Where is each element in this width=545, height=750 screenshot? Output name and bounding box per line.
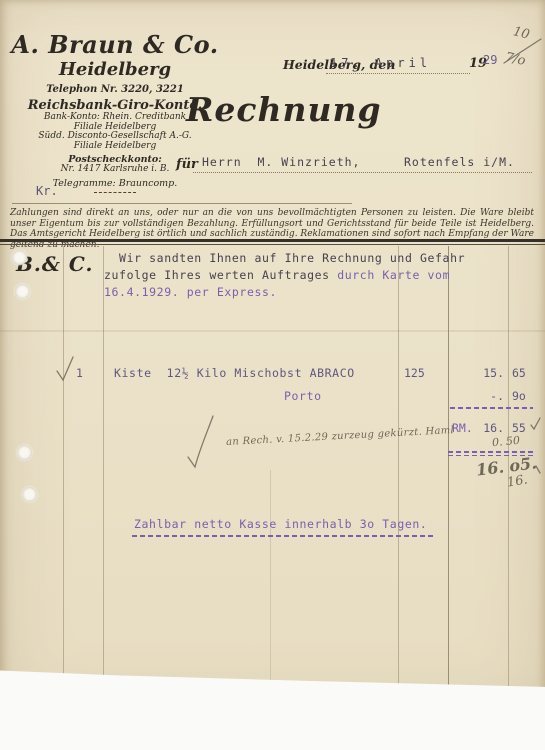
column-rule xyxy=(448,246,449,706)
item-description: Kiste 12½ Kilo Mischobst ABRACO xyxy=(114,366,355,380)
company-city: Heidelberg xyxy=(10,59,220,80)
column-rule xyxy=(103,246,104,706)
double-rule-thin xyxy=(0,244,545,245)
column-rule xyxy=(63,246,64,706)
punch-hole xyxy=(17,445,32,460)
subtotal-dash-rule xyxy=(450,407,533,409)
fold-crease xyxy=(0,330,545,332)
recipient-name: Herrn M. Winzrieth, xyxy=(202,155,360,169)
body-line-2: zufolge Ihres werten Auftrages durch Kar… xyxy=(104,268,450,282)
scan-background: A. Braun & Co. Heidelberg Telephon Nr. 3… xyxy=(0,0,545,750)
body-line-2-black: zufolge Ihres werten Auftrages xyxy=(104,268,337,282)
pencil-checkmark-icon xyxy=(57,357,73,380)
handwritten-note: an Rech. v. 15.2.29 zurzeug gekürzt. Ham… xyxy=(226,425,454,448)
punch-hole xyxy=(15,284,30,299)
item-amount-pfennig: 65 xyxy=(512,366,526,380)
typed-date: 17. April xyxy=(330,56,431,70)
payment-terms-underline xyxy=(132,535,433,537)
kr-label: Kr. xyxy=(36,184,58,198)
bank-line: Filiale Heidelberg xyxy=(10,142,220,152)
document-title: Rechnung xyxy=(186,90,346,129)
pencil-check-small-icon xyxy=(531,418,540,429)
pencil-corner-bottom: 7/o xyxy=(504,50,527,69)
column-rule xyxy=(398,246,399,706)
punch-hole xyxy=(22,487,37,502)
fold-crease-vertical xyxy=(270,470,271,706)
body-line-1: Wir sandten Ihnen auf Ihre Rechnung und … xyxy=(104,251,465,265)
date-rule xyxy=(326,72,470,74)
item-amount-mark: 15. xyxy=(452,366,504,380)
conditions-top-rule xyxy=(12,203,352,204)
pencil-long-tick-icon xyxy=(188,416,213,467)
porto-pfennig: 9o xyxy=(512,389,526,403)
body-line-3: 16.4.1929. per Express. xyxy=(104,285,277,299)
subtotal-mark: 16. xyxy=(460,421,504,435)
body-line-2-violet: durch Karte vom xyxy=(337,268,450,282)
typed-year: 29 xyxy=(483,53,497,67)
item-unit-price: 125 xyxy=(404,366,425,380)
pencil-corner-top: 10 xyxy=(511,24,531,43)
letterhead-divider xyxy=(94,192,136,193)
recipient-rule xyxy=(193,171,532,173)
for-label: für xyxy=(176,157,198,172)
porto-label: Porto xyxy=(284,389,322,403)
payment-terms: Zahlbar netto Kasse innerhalb 3o Tagen. xyxy=(134,517,427,531)
porto-mark: -. xyxy=(452,389,504,403)
handwritten-deduction: 0. 50 xyxy=(491,434,520,449)
invoice-page: A. Braun & Co. Heidelberg Telephon Nr. 3… xyxy=(0,0,545,714)
total-equals-rule-top xyxy=(448,451,533,453)
item-qty: 1 xyxy=(76,366,83,380)
double-rule-thick xyxy=(0,239,545,242)
company-name: A. Braun & Co. xyxy=(10,30,220,59)
recipient-place: Rotenfels i/M. xyxy=(404,155,515,169)
handwritten-initial-mark: 16. xyxy=(506,472,529,490)
punch-hole xyxy=(12,250,27,265)
monogram: B.& C. xyxy=(16,252,93,276)
